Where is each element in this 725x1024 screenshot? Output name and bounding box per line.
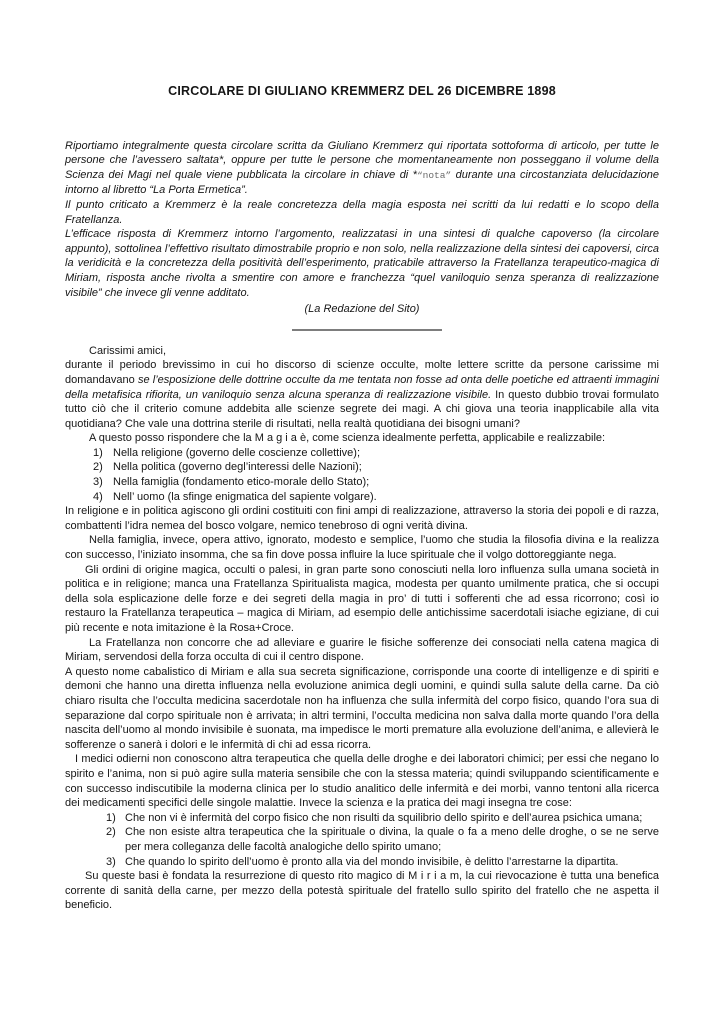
letter-paragraph-8: I medici odierni non conoscono altra ter… <box>65 752 659 810</box>
editorial-intro: Riportiamo integralmente questa circolar… <box>65 139 659 301</box>
list-item-number: 4) <box>93 490 103 505</box>
intro-p1-nota-mono: “nota” <box>417 170 451 181</box>
list-item-number: 2) <box>93 460 103 475</box>
intro-paragraph-1: Riportiamo integralmente questa circolar… <box>65 139 659 198</box>
list-item-number: 1) <box>93 446 103 461</box>
letter-paragraph-6: La Fratellanza non concorre che ad allev… <box>65 636 659 665</box>
list-item-number: 3) <box>93 475 103 490</box>
list-item-text: Nella religione (governo delle coscienze… <box>113 447 360 459</box>
list-item-number: 1) <box>106 811 116 826</box>
letter-paragraph-2: A questo posso rispondere che la M a g i… <box>65 431 659 446</box>
list-item-text: Che quando lo spirito dell’uomo è pronto… <box>125 856 618 868</box>
letter-paragraph-9: Su queste basi è fondata la resurrezione… <box>65 869 659 913</box>
letter-paragraph-4: Nella famiglia, invece, opera attivo, ig… <box>65 533 659 562</box>
list-item: 2)Che non esiste altra terapeutica che l… <box>65 825 659 854</box>
magi-teachings-list: 1)Che non vi è infermità del corpo fisic… <box>65 811 659 869</box>
intro-paragraph-3: L’efficace risposta di Kremmerz intorno … <box>65 227 659 300</box>
letter-paragraph-3: In religione e in politica agiscono gli … <box>65 504 659 533</box>
list-item-number: 3) <box>106 855 116 870</box>
document-page: CIRCOLARE DI GIULIANO KREMMERZ DEL 26 DI… <box>0 0 725 1024</box>
list-item: 2)Nella politica (governo degl’interessi… <box>65 460 659 475</box>
magia-domains-list: 1)Nella religione (governo delle coscien… <box>65 446 659 504</box>
list-item-text: Nella famiglia (fondamento etico-morale … <box>113 476 369 488</box>
list-item: 4)Nell’ uomo (la sfinge enigmatica del s… <box>65 490 659 505</box>
list-item: 3)Che quando lo spirito dell’uomo è pron… <box>65 855 659 870</box>
page-title: CIRCOLARE DI GIULIANO KREMMERZ DEL 26 DI… <box>65 84 659 99</box>
list-item-text: Nell’ uomo (la sfinge enigmatica del sap… <box>113 491 377 503</box>
letter-paragraph-1: durante il periodo brevissimo in cui ho … <box>65 358 659 431</box>
letter-paragraph-7: A questo nome cabalistico di Miriam e al… <box>65 665 659 753</box>
list-item-text: Che non esiste altra terapeutica che la … <box>125 826 659 853</box>
list-item-text: Nella politica (governo degl’interessi d… <box>113 461 362 473</box>
section-divider <box>292 329 442 331</box>
letter-salutation: Carissimi amici, <box>65 344 659 359</box>
list-item-number: 2) <box>106 825 116 840</box>
letter-paragraph-5: Gli ordini di origine magica, occulti o … <box>65 563 659 636</box>
list-item: 1)Che non vi è infermità del corpo fisic… <box>65 811 659 826</box>
list-item-text: Che non vi è infermità del corpo fisico … <box>125 812 642 824</box>
list-item: 1)Nella religione (governo delle coscien… <box>65 446 659 461</box>
byline: (La Redazione del Sito) <box>65 302 659 317</box>
list-item: 3)Nella famiglia (fondamento etico-moral… <box>65 475 659 490</box>
letter-body: Carissimi amici, durante il periodo brev… <box>65 344 659 913</box>
intro-paragraph-2: Il punto criticato a Kremmerz è la reale… <box>65 198 659 227</box>
